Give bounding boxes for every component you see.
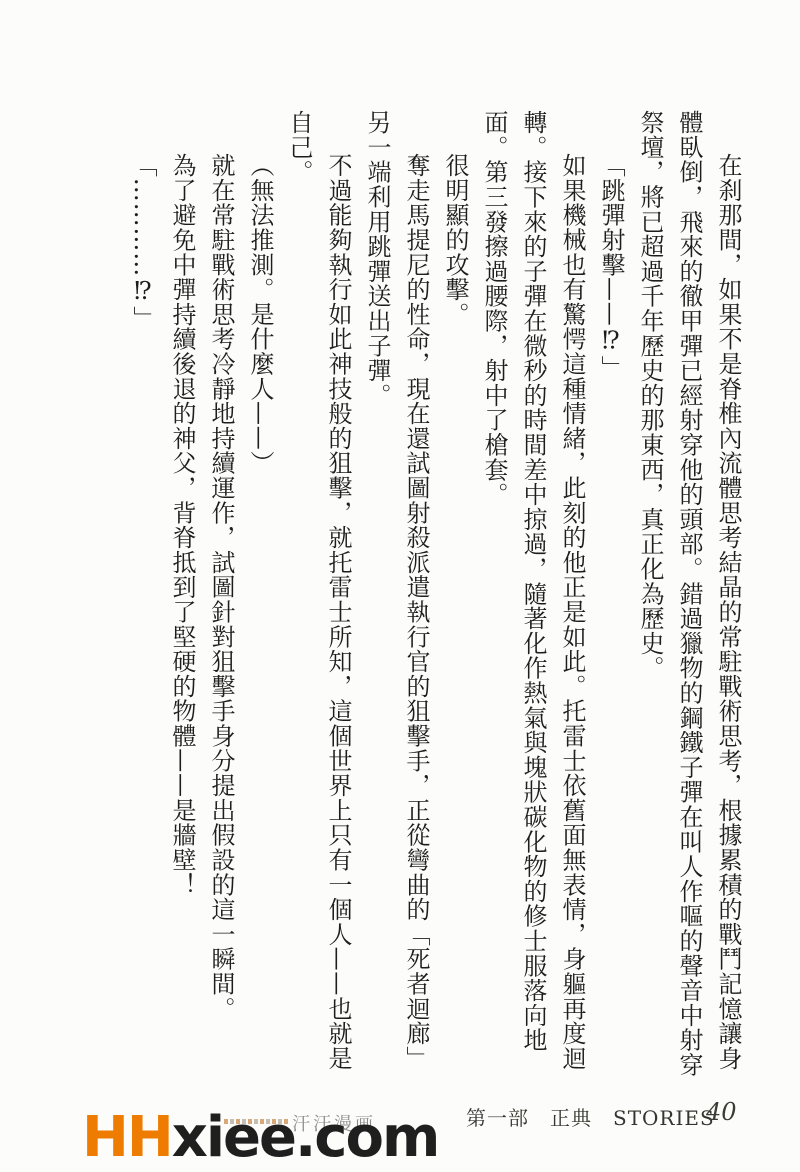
paragraph: 在刹那間，如果不是脊椎內流體思考結晶的常駐戰術思考，根據累積的戰鬥記憶讓身體臥倒… bbox=[630, 110, 747, 1080]
paragraph: 如果機械也有驚愕這種情緒，此刻的他正是如此。托雷士依舊面無表情，身軀再度迴轉。接… bbox=[474, 110, 591, 1080]
footer-section-title: 第一部 正典 STORIES bbox=[466, 1102, 715, 1131]
site-logo: HHxiee.com bbox=[82, 1110, 438, 1166]
paragraph: 很明顯的攻擊。 bbox=[435, 110, 474, 1080]
paragraph: 不過能夠執行如此神技般的狙擊，就托雷士所知，這個世界上只有一個人——也就是自己。 bbox=[279, 110, 357, 1080]
paragraph: 奪走馬提尼的性命，現在還試圖射殺派遣執行官的狙擊手，正從彎曲的「死者迴廊」另一端… bbox=[357, 110, 435, 1080]
paragraph: 「跳彈射擊——⁉」 bbox=[591, 110, 630, 1080]
paragraph: （無法推測。是什麼人——） bbox=[240, 110, 279, 1080]
site-logo-primary: HH bbox=[82, 1105, 172, 1170]
paragraph: 就在常駐戰術思考冷靜地持續運作，試圖針對狙擊手身分提出假設的這一瞬間。 bbox=[201, 110, 240, 1080]
site-logo-secondary: xiee.com bbox=[172, 1105, 439, 1170]
paragraph: 為了避免中彈持續後退的神父，背脊抵到了堅硬的物體——是牆壁！ bbox=[162, 110, 201, 1080]
novel-text-body: 在刹那間，如果不是脊椎內流體思考結晶的常駐戰術思考，根據累積的戰鬥記憶讓身體臥倒… bbox=[123, 110, 747, 1080]
paragraph: 「…………⁉」 bbox=[123, 110, 162, 1080]
page-number: 40 bbox=[706, 1098, 737, 1126]
